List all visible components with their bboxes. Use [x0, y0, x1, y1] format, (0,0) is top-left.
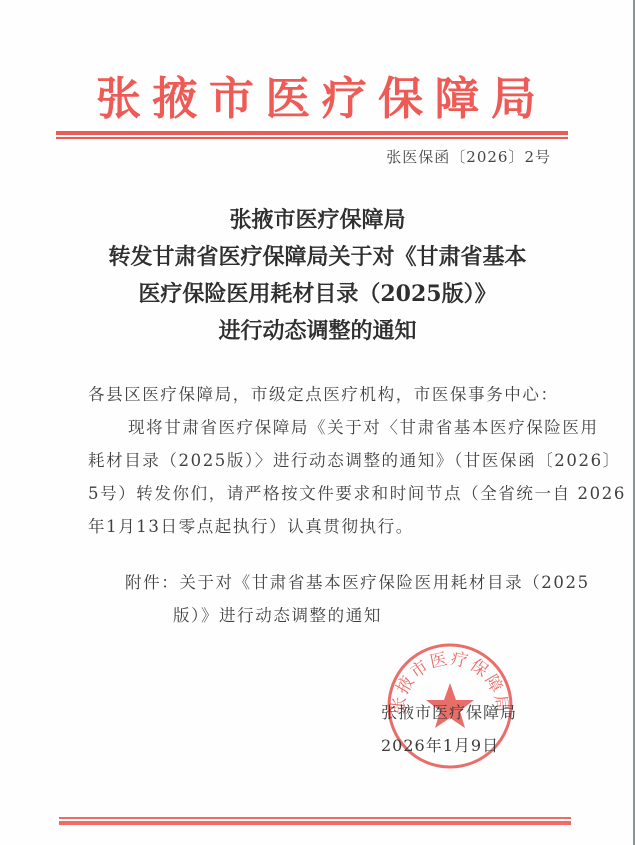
title-line: 转发甘肃省医疗保障局关于对《甘肃省基本: [40, 239, 595, 276]
document-number: 张医保函〔2026〕2号: [386, 146, 551, 167]
issue-date: 2026年1月9日: [381, 729, 517, 762]
document-page: 张 掖 市 医 疗 保 障 局 张医保函〔2026〕2号 张掖市医疗保障局 转发…: [0, 0, 635, 845]
title-line: 张掖市医疗保障局: [40, 202, 595, 239]
masthead-char: 疗: [322, 76, 367, 121]
document-title: 张掖市医疗保障局 转发甘肃省医疗保障局关于对《甘肃省基本 医疗保险医用耗材目录（…: [40, 202, 595, 350]
attachment-label: 附件：: [125, 573, 179, 592]
signature-block: 张掖市医疗保障局 2026年1月9日: [381, 696, 517, 762]
masthead-char: 局: [491, 76, 536, 121]
title-line: 进行动态调整的通知: [40, 313, 595, 350]
document-body: 各县区医疗保障局，市级定点医疗机构，市医保事务中心： 现将甘肃省医疗保障局《关于…: [88, 378, 563, 543]
footer-rule-thin: [59, 817, 571, 819]
body-line: 5号）转发你们，请严格按文件要求和时间节点（全省统一自 2026: [88, 477, 563, 510]
attachment-block: 附件：关于对《甘肃省基本医疗保险医用耗材目录（2025 版）》进行动态调整的通知: [125, 566, 590, 632]
header-rule-thin: [56, 137, 568, 139]
attachment-text: 关于对《甘肃省基本医疗保险医用耗材目录（2025: [179, 573, 589, 592]
issuer-name: 张掖市医疗保障局: [381, 696, 517, 729]
body-line: 现将甘肃省医疗保障局《关于对〈甘肃省基本医疗保险医用: [88, 411, 563, 444]
attachment-line: 版）》进行动态调整的通知: [125, 599, 590, 632]
title-line: 医疗保险医用耗材目录（2025版）》: [40, 276, 595, 313]
body-line: 年1月13日零点起执行）认真贯彻执行。: [88, 510, 563, 543]
header-rule-thick: [56, 131, 568, 135]
masthead-char: 掖: [152, 76, 197, 121]
body-line: 耗材目录（2025版）〉进行动态调整的通知》（甘医保函〔2026〕: [88, 444, 563, 477]
attachment-line: 附件：关于对《甘肃省基本医疗保险医用耗材目录（2025: [125, 566, 590, 599]
masthead-char: 医: [265, 76, 310, 121]
masthead-char: 市: [209, 76, 254, 121]
masthead-char: 保: [378, 76, 423, 121]
masthead-char: 张: [96, 76, 141, 121]
masthead-char: 障: [435, 76, 480, 121]
footer-rule-thick: [59, 821, 571, 825]
masthead-title: 张 掖 市 医 疗 保 障 局: [96, 72, 536, 124]
salutation: 各县区医疗保障局，市级定点医疗机构，市医保事务中心：: [88, 378, 563, 411]
